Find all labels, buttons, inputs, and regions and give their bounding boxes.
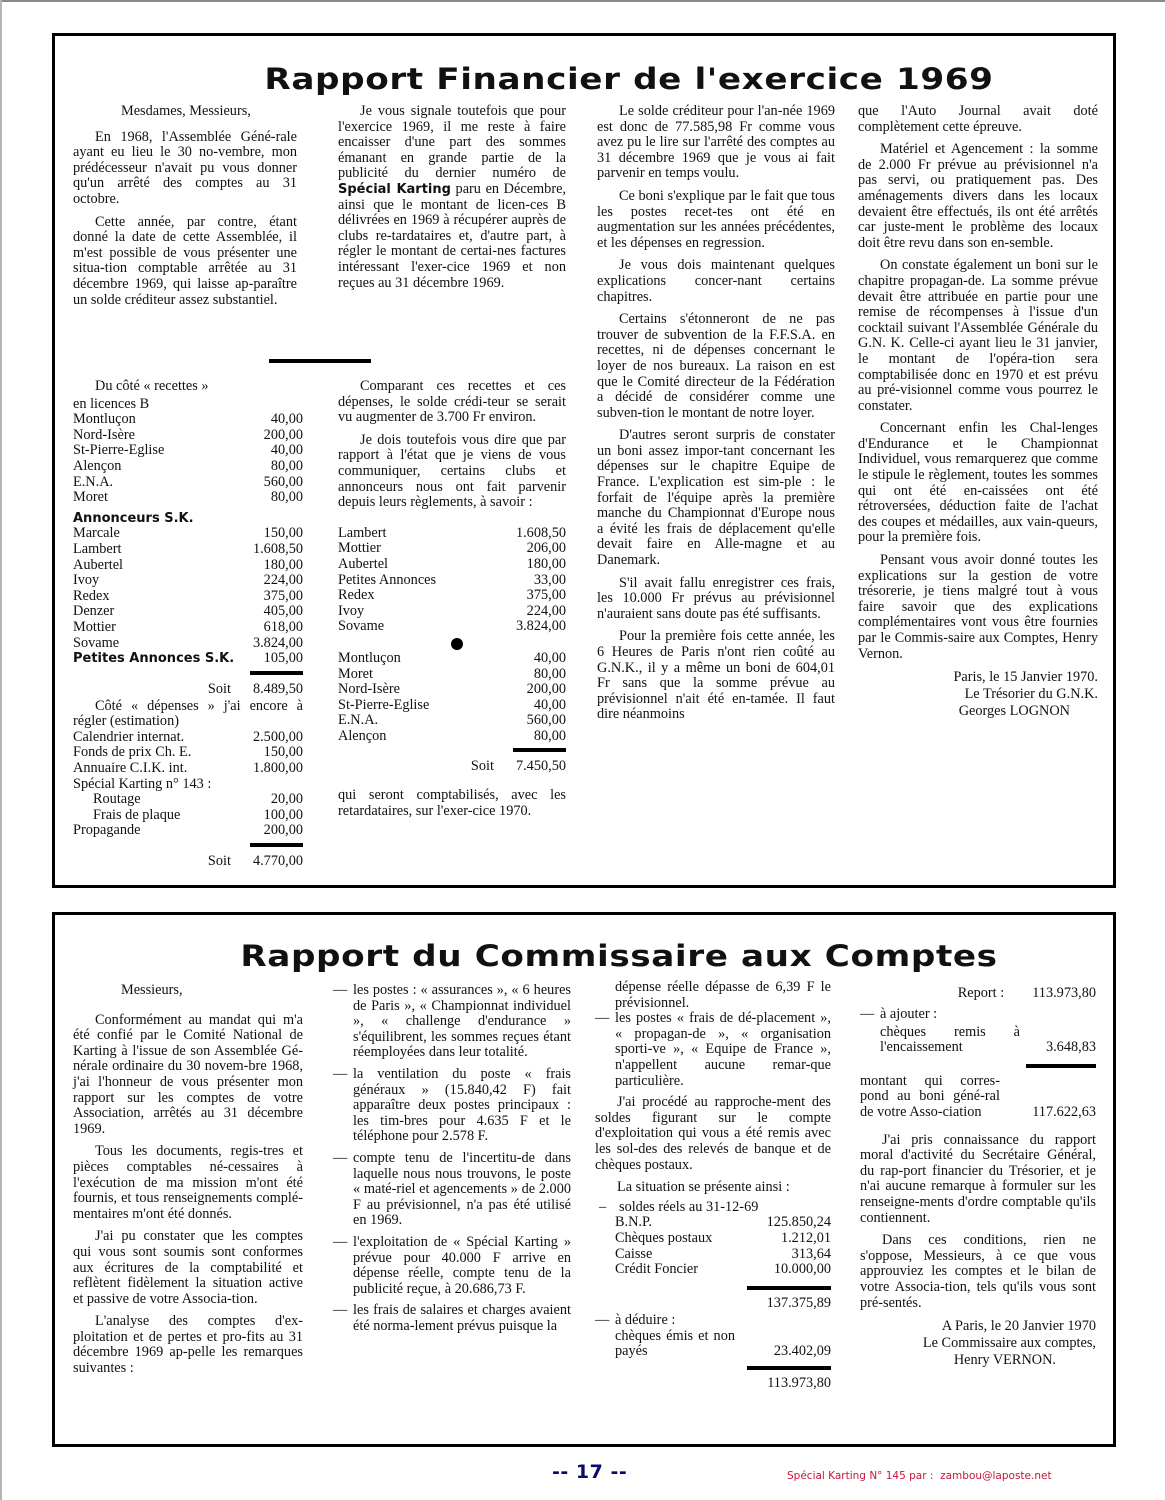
section-divider [269, 359, 371, 363]
signature-date: A Paris, le 20 Janvier 1970 [860, 1318, 1096, 1335]
ledger-label: Fonds de prix Ch. E. [73, 745, 191, 761]
ledger-row: St-Pierre-Eglise40,00 [73, 443, 303, 459]
paragraph: Je vous dois maintenant quelques explica… [597, 258, 835, 305]
ledger-row: Mottier618,00 [73, 620, 303, 636]
annonceurs-list: Marcale150,00Lambert1.608,50Aubertel180,… [73, 526, 303, 651]
ledger-value: 560,00 [527, 713, 566, 729]
column-2: —les postes : « assurances », « 6 heures… [333, 983, 571, 1340]
ledger-value: 80,00 [534, 729, 566, 745]
ledger-value: 40,00 [534, 651, 566, 667]
ledger-value: 200,00 [264, 823, 303, 839]
paragraph: Je dois toutefois vous dire que par rapp… [338, 433, 566, 511]
ledger-value: 313,64 [792, 1247, 831, 1263]
ledger-value: 1.212,01 [781, 1231, 831, 1247]
ledger-row: Montluçon40,00 [338, 651, 566, 667]
sum-rule [513, 748, 566, 752]
ledger-row: Moret80,00 [338, 667, 566, 683]
sum-rule [747, 1286, 831, 1290]
ledger-value: 150,00 [264, 745, 303, 761]
ledger-row: Routage20,00 [73, 792, 303, 808]
soldes-heading: –soldes réels au 31-12-69 [595, 1200, 831, 1216]
soldes-list: B.N.P.125.850,24Chèques postaux1.212,01C… [595, 1215, 831, 1277]
paragraph: que l'Auto Journal avait doté complèteme… [858, 104, 1098, 135]
ledger-row: Nord-Isère200,00 [73, 428, 303, 444]
depenses-intro: Côté « dépenses » j'ai encore à régler (… [73, 699, 303, 730]
ledger-label: Nord-Isère [338, 682, 400, 698]
signature-block: Paris, le 15 Janvier 1970. Le Trésorier … [858, 669, 1098, 720]
ledger-value: 40,00 [271, 443, 303, 459]
paragraph: L'analyse des comptes d'ex-ploitation et… [73, 1314, 303, 1376]
page-number: -- 17 -- [552, 1461, 627, 1483]
ledger-value: 375,00 [264, 589, 303, 605]
remark-item: —les postes : « assurances », « 6 heures… [333, 983, 571, 1061]
column-4: que l'Auto Journal avait doté complèteme… [858, 104, 1098, 720]
ledger-row: Denzer405,00 [73, 604, 303, 620]
paragraph: Tous les documents, regis-tres et pièces… [73, 1144, 303, 1222]
ajouter-heading: —à ajouter : [860, 1007, 1096, 1023]
ledger-row: Caisse313,64 [615, 1247, 831, 1263]
ledger-label: Sovame [73, 636, 119, 652]
ledger-row: Aubertel180,00 [73, 558, 303, 574]
ledger-row: Frais de plaque100,00 [73, 808, 303, 824]
remark-item: —les frais de salaires et charges avaien… [333, 1303, 571, 1334]
reglements-list: Lambert1.608,50Mottier206,00Aubertel180,… [338, 526, 566, 635]
ledger-row: Sovame3.824,00 [338, 619, 566, 635]
ledger-row: Aubertel180,00 [338, 557, 566, 573]
ledger-value: 80,00 [271, 459, 303, 475]
ledger-row: Lambert1.608,50 [338, 526, 566, 542]
ledger-label: Caisse [615, 1247, 652, 1263]
ledger-row: Spécial Karting n° 143 : [73, 777, 303, 793]
column-2-lower: Comparant ces recettes et ces dépenses, … [338, 379, 566, 827]
paragraph: Comparant ces recettes et ces dépenses, … [338, 379, 566, 426]
ledger-label: Aubertel [73, 558, 123, 574]
continuation: dépense réelle dépasse de 6,39 F le prév… [595, 980, 831, 1011]
ledger-row: Marcale150,00 [73, 526, 303, 542]
ledger-value: 224,00 [264, 573, 303, 589]
ledger-label: Moret [338, 667, 373, 683]
ledger-label: Annuaire C.I.K. int. [73, 761, 187, 777]
paragraph: Matériel et Agencement : la somme de 2.0… [858, 142, 1098, 251]
ledger-label: Mottier [338, 541, 381, 557]
paragraph: En 1968, l'Assemblée Géné-rale ayant eu … [73, 130, 297, 208]
ledger-label: Ivoy [338, 604, 364, 620]
ledger-value: 200,00 [527, 682, 566, 698]
report-row: Report : 113.973,80 [860, 985, 1096, 1001]
ledger-value: 560,00 [264, 475, 303, 491]
ledger-label: Montluçon [73, 412, 136, 428]
ledger-label: Lambert [73, 542, 121, 558]
sum-rule [1026, 1064, 1096, 1068]
ledger-label: Nord-Isère [73, 428, 135, 444]
paragraph: Certains s'étonneront de ne pas trouver … [597, 312, 835, 421]
paragraph: J'ai pris connaissance du rapport moral … [860, 1133, 1096, 1227]
ledger-label: Propagande [73, 823, 141, 839]
ledger-label: Mottier [73, 620, 116, 636]
ledger-row: Fonds de prix Ch. E.150,00 [73, 745, 303, 761]
remark-item: —l'exploitation de « Spécial Karting » p… [333, 1235, 571, 1297]
ledger-label: Redex [73, 589, 110, 605]
ledger-row: Petites Annonces33,00 [338, 573, 566, 589]
sum-rule [747, 1366, 831, 1370]
signature-name: Henry VERNON. [860, 1352, 1096, 1369]
ledger-label: Calendrier internat. [73, 730, 184, 746]
paragraph: Dans ces conditions, rien ne s'oppose, M… [860, 1233, 1096, 1311]
column-2: Je vous signale toutefois que pour l'exe… [338, 104, 566, 298]
paragraph: qui seront comptabilisés, avec les retar… [338, 788, 566, 819]
signature-date: Paris, le 15 Janvier 1970. [858, 669, 1098, 686]
paragraph: La situation se présente ainsi : [595, 1180, 831, 1196]
page-edge [0, 0, 1165, 2]
ledger-label: Routage [73, 792, 141, 808]
net-total: 113.973,80 [595, 1376, 831, 1392]
ledger-label: E.N.A. [338, 713, 378, 729]
column-1: Mesdames, Messieurs, En 1968, l'Assemblé… [73, 104, 297, 315]
paragraph: Cette année, par contre, étant donné la … [73, 215, 297, 309]
ledger-label: St-Pierre-Eglise [73, 443, 164, 459]
ledger-value: 40,00 [271, 412, 303, 428]
ledger-value: 1.608,50 [253, 542, 303, 558]
remark-item: —la ventilation du poste « frais générau… [333, 1067, 571, 1145]
paragraph: Concernant enfin les Chal-lenges d'Endur… [858, 421, 1098, 546]
ledger-row: Sovame3.824,00 [73, 636, 303, 652]
ajouter-row: chèques remis à l'encaissement 3.648,83 [860, 1025, 1096, 1056]
article-title: Rapport Financier de l'exercice 1969 [58, 62, 1165, 96]
paragraph: J'ai pu constater que les comptes qui vo… [73, 1229, 303, 1307]
article-title: Rapport du Commissaire aux Comptes [36, 939, 1165, 973]
annonceurs-heading: Annonceurs S.K. [73, 511, 303, 527]
ledger-label: St-Pierre-Eglise [338, 698, 429, 714]
ledger-value: 2.500,00 [253, 730, 303, 746]
ledger-value: 40,00 [534, 698, 566, 714]
ledger-value: 33,00 [534, 573, 566, 589]
paragraph: Je vous signale toutefois que pour l'exe… [338, 104, 566, 291]
ledger-value: 10.000,00 [774, 1262, 831, 1278]
ledger-row: Montluçon40,00 [73, 412, 303, 428]
ledger-label: Spécial Karting n° 143 : [73, 777, 211, 793]
ledger-row: Redex375,00 [73, 589, 303, 605]
ledger-value: 1.800,00 [253, 761, 303, 777]
column-4: Report : 113.973,80 —à ajouter : chèques… [860, 985, 1096, 1369]
paragraph: Pensant vous avoir donné toutes les expl… [858, 553, 1098, 662]
ledger-label: Frais de plaque [73, 808, 180, 824]
ledger-label: Marcale [73, 526, 120, 542]
ledger-label: Ivoy [73, 573, 99, 589]
salutation: Mesdames, Messieurs, [73, 104, 297, 120]
salutation: Messieurs, [73, 983, 303, 999]
ledger-value: 20,00 [271, 792, 303, 808]
ledger-row: Alençon80,00 [338, 729, 566, 745]
petites-annonces-row: Petites Annonces S.K. 105,00 [73, 651, 303, 667]
deduire-heading: —à déduire : [595, 1313, 831, 1329]
ledger-label: Moret [73, 490, 108, 506]
ledger-value: 180,00 [264, 558, 303, 574]
ledger-row: Calendrier internat.2.500,00 [73, 730, 303, 746]
paragraph: Conformément au mandat qui m'a été confi… [73, 1013, 303, 1138]
ledger-value: 224,00 [527, 604, 566, 620]
ledger-label: B.N.P. [615, 1215, 652, 1231]
signature-name: Georges LOGNON [858, 703, 1098, 720]
ledger-value: 150,00 [264, 526, 303, 542]
ledger-value: 125.850,24 [767, 1215, 831, 1231]
paragraph: J'ai procédé au rapproche-ment des solde… [595, 1095, 831, 1173]
paragraph: Pour la première fois cette année, les 6… [597, 629, 835, 723]
ledger-value: 3.824,00 [253, 636, 303, 652]
ledger-row: E.N.A.560,00 [73, 475, 303, 491]
column-3: dépense réelle dépasse de 6,39 F le prév… [595, 980, 831, 1392]
ledger-label: Chèques postaux [615, 1231, 712, 1247]
ledger-row: Alençon80,00 [73, 459, 303, 475]
ledger-value: 206,00 [527, 541, 566, 557]
reglements-total: Soit 7.450,50 [338, 758, 566, 774]
ledger-label: E.N.A. [73, 475, 113, 491]
depenses-total: Soit 4.770,00 [73, 853, 303, 869]
article-financial-report: Rapport Financier de l'exercice 1969 Mes… [52, 33, 1116, 888]
boni-row: montant qui corres-pond au boni géné-ral… [860, 1074, 1096, 1121]
ledger-row: Crédit Foncier10.000,00 [615, 1262, 831, 1278]
paragraph: S'il avait fallu enregistrer ces frais, … [597, 576, 835, 623]
ledger-row: Moret80,00 [73, 490, 303, 506]
ledger-label: Sovame [338, 619, 384, 635]
remark-item: —compte tenu de l'incertitu-de dans laqu… [333, 1151, 571, 1229]
depenses-list: Calendrier internat.2.500,00Fonds de pri… [73, 730, 303, 839]
recettes-table: Du côté « recettes » en licences B Montl… [73, 379, 303, 869]
recettes-intro: Du côté « recettes » [73, 379, 303, 395]
signature-role: Le Commissaire aux comptes, [860, 1335, 1096, 1352]
ledger-value: 405,00 [264, 604, 303, 620]
page-edge [0, 0, 2, 1500]
licences-list: Montluçon40,00Nord-Isère200,00St-Pierre-… [73, 412, 303, 506]
ledger-label: Aubertel [338, 557, 388, 573]
ledger-value: 3.824,00 [516, 619, 566, 635]
ledger-value: 618,00 [264, 620, 303, 636]
ledger-row: E.N.A.560,00 [338, 713, 566, 729]
ledger-value: 100,00 [264, 808, 303, 824]
ledger-row: Mottier206,00 [338, 541, 566, 557]
bullet-dot [451, 638, 463, 650]
column-3: Le solde créditeur pour l'an-née 1969 es… [597, 104, 835, 730]
ledger-row: Annuaire C.I.K. int.1.800,00 [73, 761, 303, 777]
ledger-value: 180,00 [527, 557, 566, 573]
ledger-value: 375,00 [527, 588, 566, 604]
paragraph: Le solde créditeur pour l'an-née 1969 es… [597, 104, 835, 182]
ledger-value: 200,00 [264, 428, 303, 444]
reglements-list: Montluçon40,00Moret80,00Nord-Isère200,00… [338, 651, 566, 745]
ledger-row: Nord-Isère200,00 [338, 682, 566, 698]
ledger-label: Crédit Foncier [615, 1262, 698, 1278]
paragraph: Ce boni s'explique par le fait que tous … [597, 189, 835, 251]
sum-rule [250, 843, 303, 847]
ledger-value: 80,00 [271, 490, 303, 506]
soldes-total: 137.375,89 [595, 1296, 831, 1312]
ledger-label: Montluçon [338, 651, 401, 667]
ledger-label: Lambert [338, 526, 386, 542]
ledger-label: Denzer [73, 604, 114, 620]
column-1: Messieurs, Conformément au mandat qui m'… [73, 983, 303, 1384]
ledger-row: Ivoy224,00 [338, 604, 566, 620]
sum-rule [250, 671, 303, 675]
ledger-row: Lambert1.608,50 [73, 542, 303, 558]
paragraph: D'autres seront surpris de constater un … [597, 428, 835, 568]
signature-role: Le Trésorier du G.N.K. [858, 686, 1098, 703]
ledger-row: B.N.P.125.850,24 [615, 1215, 831, 1231]
licences-heading: en licences B [73, 397, 303, 413]
credit-line: Spécial Karting N° 145 par : zambou@lapo… [787, 1470, 1052, 1482]
ledger-row: St-Pierre-Eglise40,00 [338, 698, 566, 714]
article-auditor-report: Rapport du Commissaire aux Comptes Messi… [52, 912, 1116, 1447]
paragraph: On constate également un boni sur le cha… [858, 258, 1098, 414]
ledger-row: Chèques postaux1.212,01 [615, 1231, 831, 1247]
ledger-label: Alençon [73, 459, 121, 475]
ledger-row: Propagande200,00 [73, 823, 303, 839]
signature-block: A Paris, le 20 Janvier 1970 Le Commissai… [860, 1318, 1096, 1369]
ledger-value: 80,00 [534, 667, 566, 683]
recettes-total: Soit 8.489,50 [73, 681, 303, 697]
ledger-label: Redex [338, 588, 375, 604]
ledger-label: Petites Annonces [338, 573, 436, 589]
remark-item: —les postes « frais de dé-placement », «… [595, 1011, 831, 1089]
ledger-row: Ivoy224,00 [73, 573, 303, 589]
ledger-row: Redex375,00 [338, 588, 566, 604]
ledger-value: 1.608,50 [516, 526, 566, 542]
deduire-row: chèques émis et non payés 23.402,09 [595, 1329, 831, 1360]
ledger-label: Alençon [338, 729, 386, 745]
